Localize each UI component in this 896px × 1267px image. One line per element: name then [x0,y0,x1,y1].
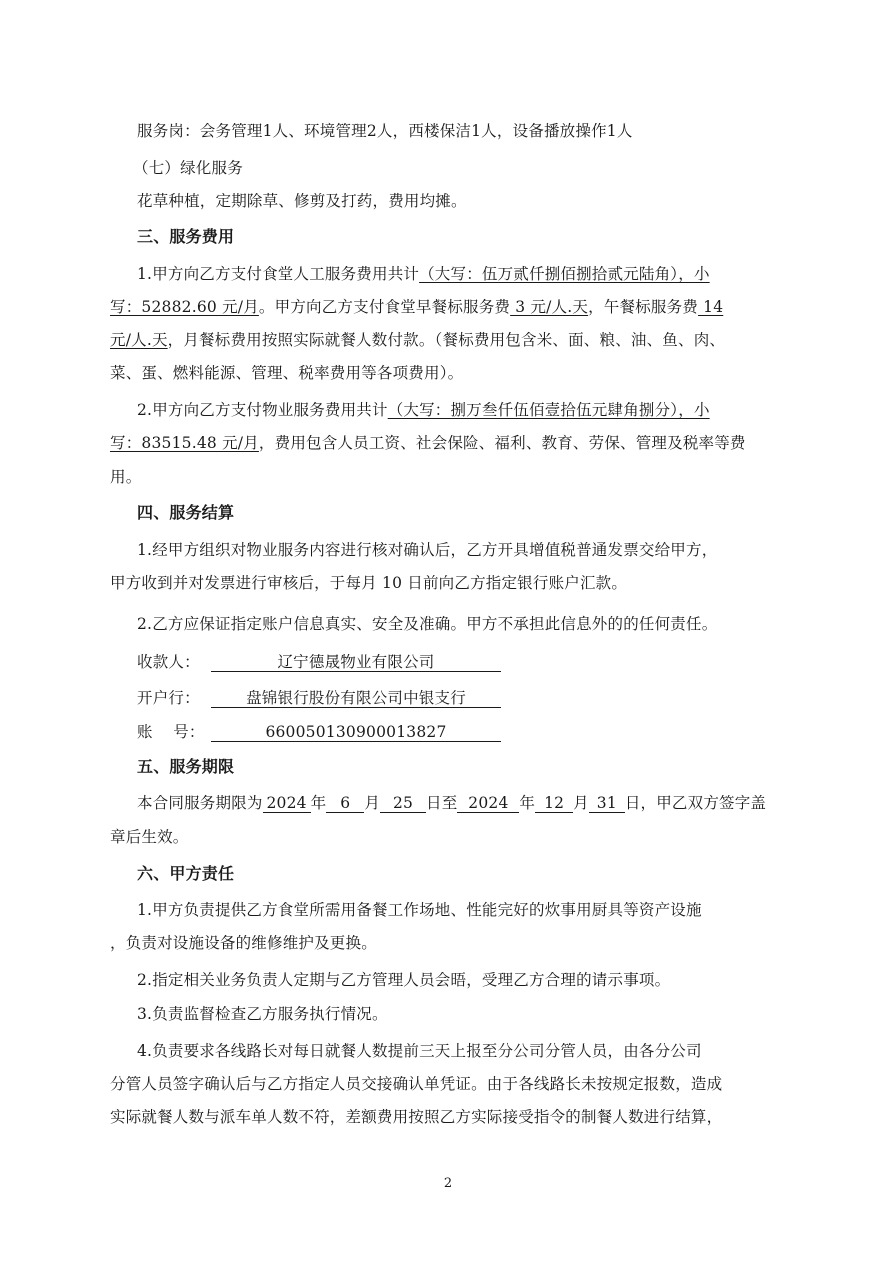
section6-heading: 六、甲方责任 [137,864,842,884]
duty-item3: 3.负责监督检查乙方服务执行情况。 [137,1004,842,1024]
fee-item1-text2: ，午餐标服务费 [588,298,698,316]
term-line2: 章后生效。 [110,827,815,847]
fee-item1-amount-figure: 写：52882.60 元/月 [110,298,259,316]
fee-item2-amount-figure: 写：83515.48 元/月 [110,434,259,452]
year-char: 年 [311,794,327,812]
section5-heading: 五、服务期限 [137,757,842,777]
document-page: 服务岗：会务管理1人、环境管理2人，西楼保洁1人，设备播放操作1人 （七）绿化服… [0,0,896,1267]
fee-item2-line2: 写：83515.48 元/月，费用包含人员工资、社会保险、福利、教育、劳保、管理… [110,433,815,453]
fee-item2-line1: 2.甲方向乙方支付物业服务费用共计（大写：捌万叁仟伍佰壹拾伍元肆角捌分），小 [137,400,842,420]
settlement-item2: 2.乙方应保证指定账户信息真实、安全及准确。甲方不承担此信息外的的任何责任。 [137,614,842,634]
payee-value: 辽宁德晟物业有限公司 [211,653,501,672]
year-char-2: 年 [519,794,535,812]
fee-item2-text: ，费用包含人员工资、社会保险、福利、教育、劳保、管理及税率等费 [259,434,746,452]
fee-item1-line4: 菜、蛋、燃料能源、管理、税率费用等各项费用）。 [110,363,815,383]
account-label: 账 号： [137,722,211,742]
term-prefix: 本合同服务期限为 [137,794,263,812]
fee-item1-line3: 元/人.天，月餐标费用按照实际就餐人数付款。（餐标费用包含米、面、粮、油、鱼、肉… [110,330,815,350]
lunch-rate-unit: 元/人.天 [110,331,168,349]
account-value: 660050130900013827 [211,723,501,742]
settlement-item1-line2: 甲方收到并对发票进行审核后，于每月 10 日前向乙方指定银行账户汇款。 [110,573,815,593]
section3-heading: 三、服务费用 [137,227,842,247]
day-to: 日至 [426,794,457,812]
duty-item4-line1: 4.负责要求各线路长对每日就餐人数提前三天上报至分公司分管人员，由各分公司 [137,1041,842,1061]
section4-heading: 四、服务结算 [137,503,842,523]
lunch-rate-number: 14 [698,298,723,316]
section7-heading: （七）绿化服务 [133,158,838,178]
fee-item1-text: 。甲方向乙方支付食堂早餐标服务费 [259,298,510,316]
term-suffix: 日，甲乙双方签字盖 [625,794,766,812]
fee-item2-amount-words: （大写：捌万叁仟伍佰壹拾伍元肆角捌分），小 [388,401,710,419]
fee-item1-text3: ，月餐标费用按照实际就餐人数付款。（餐标费用包含米、面、粮、油、鱼、肉、 [168,331,725,349]
section7-body: 花草种植，定期除草、修剪及打药，费用均摊。 [137,191,842,211]
fee-item1-amount-words: （大写：伍万贰仟捌佰捌拾贰元陆角），小 [419,265,710,283]
bank-row: 开户行：盘锦银行股份有限公司中银支行 [137,688,842,708]
fee-item1-line1: 1.甲方向乙方支付食堂人工服务费用共计（大写：伍万贰仟捌佰捌拾贰元陆角），小 [137,264,815,284]
end-month: 12 [535,794,573,813]
duty-item1-line1: 1.甲方负责提供乙方食堂所需用备餐工作场地、性能完好的炊事用厨具等资产设施 [137,900,842,920]
fee-item1-line2: 写：52882.60 元/月。甲方向乙方支付食堂早餐标服务费 3 元/人.天，午… [110,297,815,317]
service-posts-line: 服务岗：会务管理1人、环境管理2人，西楼保洁1人，设备播放操作1人 [137,121,842,141]
duty-item1-line2: ，负责对设施设备的维修维护及更换。 [110,933,815,953]
account-row: 账 号：660050130900013827 [137,722,842,742]
end-day: 31 [589,794,625,813]
fee-item2-line3: 用。 [110,467,815,487]
term-line1: 本合同服务期限为2024年6月25日至2024年12月31日，甲乙双方签字盖 [137,793,842,813]
start-year: 2024 [263,794,311,813]
fee-item1-prefix: 1.甲方向乙方支付食堂人工服务费用共计 [137,265,419,283]
month-char: 月 [364,794,380,812]
duty-item4-line2: 分管人员签字确认后与乙方指定人员交接确认单凭证。由于各线路长未按规定报数，造成 [110,1074,815,1094]
page-number: 2 [440,1176,456,1191]
start-month: 6 [326,794,364,813]
bank-label: 开户行： [137,688,211,708]
payee-label: 收款人： [137,652,211,672]
month-char-2: 月 [573,794,589,812]
duty-item2: 2.指定相关业务负责人定期与乙方管理人员会晤，受理乙方合理的请示事项。 [137,970,842,990]
duty-item4-line3: 实际就餐人数与派车单人数不符，差额费用按照乙方实际接受指令的制餐人数进行结算， [110,1107,815,1127]
settlement-item1-line1: 1.经甲方组织对物业服务内容进行核对确认后，乙方开具增值税普通发票交给甲方， [137,540,842,560]
fee-item2-prefix: 2.甲方向乙方支付物业服务费用共计 [137,401,388,419]
bank-value: 盘锦银行股份有限公司中银支行 [211,689,501,708]
start-day: 25 [380,794,426,813]
payee-row: 收款人：辽宁德晟物业有限公司 [137,652,842,672]
breakfast-rate: 3 元/人.天 [510,298,588,316]
end-year: 2024 [457,794,519,813]
